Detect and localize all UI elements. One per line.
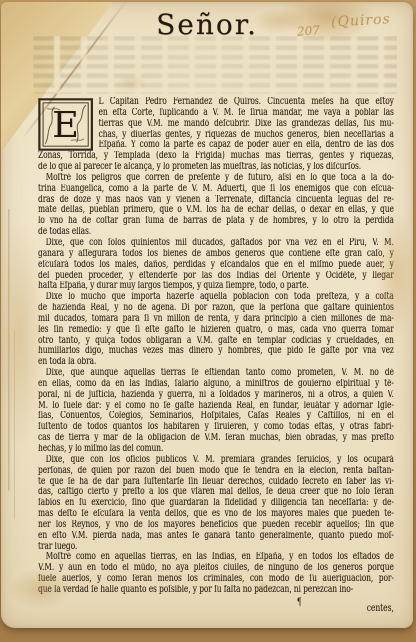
paragraph: Dixe, que aunque aquellas tierras ſe eſt…	[38, 368, 394, 455]
text-line: Dixe lo mucho que importa hazerſe aquell…	[38, 292, 394, 303]
text-line: L Capitan Pedro Fernandez de Quiros. Cin…	[99, 97, 394, 108]
text-line: en eſto V.M. pierda nada, mas antes ſe g…	[38, 531, 394, 542]
text-line: perſonas, de quien por razon del buen mo…	[38, 466, 394, 477]
text-line: Eſpaña. Y como la parte es capaz de pode…	[99, 140, 394, 151]
text-line: M. lo ſuele dar: y el como no ſe gaſte h…	[38, 401, 394, 412]
text-line: chas, y diuerſas gentes, y riquezas de m…	[99, 130, 394, 141]
text-line: das, caſtigo cierto y preſto a los que v…	[38, 487, 394, 498]
svg-text:E: E	[52, 105, 79, 146]
text-line: te que ſe ha de dar para ſuſtentarſe ſin…	[38, 477, 394, 488]
text-line: en ellas, como da en las Indias, ſalario…	[38, 379, 394, 390]
text-line: Moſtré como en aquellas tierras, en las …	[38, 552, 394, 563]
page-title: Señor.	[1, 8, 413, 41]
text-line: cas de tierra y mar de la obligacion de …	[38, 433, 394, 444]
text-line: humillarlos digo, muchas vezes mas diner…	[38, 346, 394, 357]
text-line: Zonas, Torrida, y Templada (dexo la Frig…	[38, 151, 394, 162]
text-block: E L Capitan Pedro Fernandez de Quiros. C…	[38, 97, 394, 614]
woodcut-initial-E-icon: E	[38, 98, 93, 151]
text-line: Dixe, que aunque aquellas tierras ſe eſt…	[38, 368, 394, 379]
signature-row: ¶ centes,	[38, 596, 394, 614]
paragraph: Moſtré como en aquellas tierras, en las …	[38, 552, 394, 595]
text-line: ganara y aſſegurara todos los bienes de …	[38, 249, 394, 260]
text-line: trina Euangelica, como a la parte de V. …	[38, 184, 394, 195]
text-line: dras de doze y mas naos van y vienen a T…	[38, 195, 394, 206]
text-line: mil ducados, tomara para ſi vn millon de…	[38, 314, 394, 325]
text-line: en eſta Corte, ſuplicando a V. M. ſe ſir…	[99, 108, 394, 119]
text-line: ner los Reynos, y vno de los mayores ben…	[38, 520, 394, 531]
text-line: otro tanto, y quiça todos obligaran a V.…	[38, 336, 394, 347]
text-line: Dixe, que con ſolos quinientos mil ducad…	[38, 238, 394, 249]
text-line: ſuele auerlos, y como ſeran menos los cr…	[38, 574, 394, 585]
text-line: mas deſto ſe eſcuſara la venta dellos, q…	[38, 509, 394, 520]
text-line: de hazienda Real, y no de agena. Di por …	[38, 303, 394, 314]
text-line: del pueden proceder, y eſtenderſe por la…	[38, 271, 394, 282]
paragraph: Moſtré los peligros que corren de preſen…	[38, 173, 394, 238]
text-line: lo vno ha de coſtar gran ſuma de barras …	[38, 216, 394, 227]
text-line: V.M. y aun en todo el mūdo, no aya pleit…	[38, 563, 394, 574]
text-line: les ſin remedio: y que ſi eſte gaſto le …	[38, 325, 394, 336]
text-line: que la verdad ſe halle quanto es poſsibl…	[38, 585, 394, 596]
document-page: 207 (Quiros Señor. E L Capitan Pedro Fer…	[1, 2, 413, 628]
paragraph: Dixe, que con los oficios publicos V. M.…	[38, 455, 394, 553]
text-line: en toda la obra.	[38, 357, 394, 368]
paragraph: Dixe, que con ſolos quinientos mil ducad…	[38, 238, 394, 292]
text-line: haſta Eſpaña, y durar muy largos tiempos…	[38, 281, 394, 292]
text-line: eſcuſarà todos los males, daños, perdida…	[38, 260, 394, 271]
text-line: de todas ellas.	[38, 227, 394, 238]
text-line: de lo que al parecer ſe alcança, y lo pr…	[38, 162, 394, 173]
text-line: Moſtré los peligros que corren de preſen…	[38, 173, 394, 184]
text-line: ſabios en ſu exercicio, ſino que guardar…	[38, 498, 394, 509]
text-line: trar luego.	[38, 542, 394, 553]
text-line: hechas, y lo miſmo las del comun.	[38, 444, 394, 455]
text-line: tierras que V.M. me mandò deſcubrir. Dix…	[99, 119, 394, 130]
text-line: Dixe, que con los oficios publicos V. M.…	[38, 455, 394, 466]
catchword: centes,	[367, 603, 394, 614]
text-line: ſias, Conuentos, Colegios, Seminarios, H…	[38, 411, 394, 422]
pilcrow-mark: ¶	[297, 597, 302, 608]
paragraph: Dixe lo mucho que importa hazerſe aquell…	[38, 292, 394, 368]
bleedthrough-text	[33, 36, 397, 94]
text-line: mate dellas, pueblan primero, que o V.M.…	[38, 205, 394, 216]
photograph-background: 207 (Quiros Señor. E L Capitan Pedro Fer…	[0, 0, 416, 642]
text-line: ſuſtento de todos quantos los habitaren …	[38, 422, 394, 433]
text-line: poral, ni de juſticia, hazienda y guerra…	[38, 390, 394, 401]
